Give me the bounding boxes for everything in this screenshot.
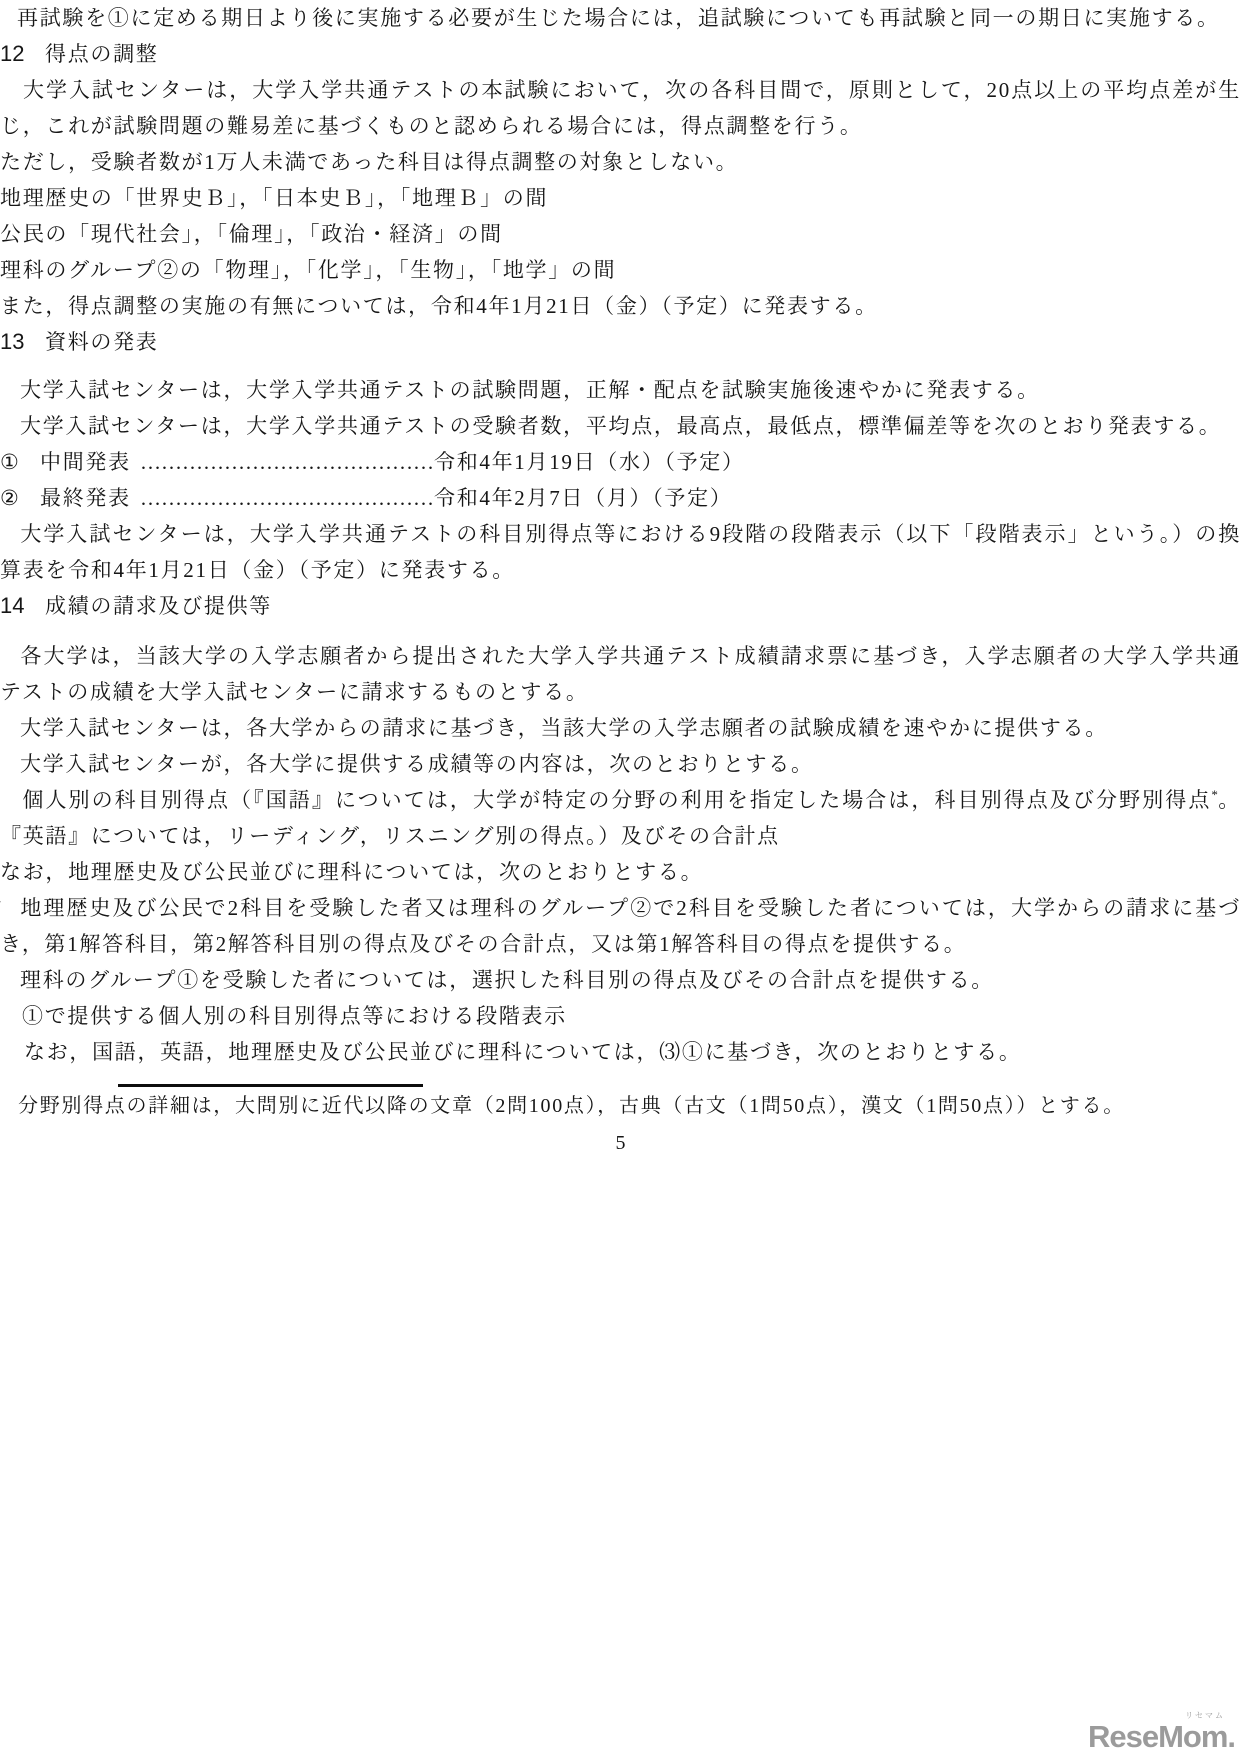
list-item-marker: ⑶ [0,746,20,782]
list-item: ⑵公民の「現代社会」，「倫理」，「政治・経済」の間 [0,216,1241,252]
list-item-text: 大学入試センターが，各大学に提供する成績等の内容は，次のとおりとする。 [20,752,814,776]
detail-item-marker: ア [0,890,20,926]
schedule-marker: ② [0,480,40,516]
detail-item-marker: イ [0,962,20,998]
detail-item: イ理科のグループ①を受験した者については，選択した科目別の得点及びその合計点を提… [0,962,1241,998]
sub-item: ①個人別の科目別得点（『国語』については，大学が特定の分野の利用を指定した場合は… [0,782,1241,854]
page-number: 5 [0,1125,1241,1161]
list-item-text: 大学入試センターは，大学入学共通テストの試験問題，正解・配点を試験実施後速やかに… [20,378,1040,402]
schedule-label: 最終発表 [40,480,140,516]
list-item: ⑶大学入試センターは，大学入学共通テストの科目別得点等における9段階の段階表示（… [0,516,1241,588]
detail-item-text: 理科のグループ①を受験した者については，選択した科目別の得点及びその合計点を提供… [20,968,994,992]
footnote: *分野別得点の詳細は，大問別に近代以降の文章（2問100点），古典（古文（1問5… [0,1087,1241,1125]
schedule-date: 令和4年1月19日（水）（予定） [434,450,745,474]
list-item-marker: ⑶ [0,516,20,552]
list-item-marker: ⑴ [0,372,20,408]
list-item-marker: ⑴ [0,638,20,674]
schedule-line: ①中間発表……………………………………令和4年1月19日（水）（予定） [0,444,1241,480]
sub-item-note: なお，国語，英語，地理歴史及び公民並びに理科については，⑶①に基づき，次のとおり… [0,1034,1241,1070]
list-item-text: 理科のグループ②の「物理」，「化学」，「生物」，「地学」の間 [0,258,616,282]
dotted-leader: …………………………………… [140,486,434,510]
footnote-text: 分野別得点の詳細は，大問別に近代以降の文章（2問100点），古典（古文（1問50… [18,1095,1125,1117]
section-14-title: 成績の請求及び提供等 [45,594,272,618]
list-item: ⑴地理歴史の「世界史Ｂ」，「日本史Ｂ」，「地理Ｂ」の間 [0,180,1241,216]
list-item: ⑵大学入試センターは，各大学からの請求に基づき，当該大学の入学志願者の試験成績を… [0,710,1241,746]
sub-item-marker: ① [0,782,22,818]
dotted-leader: …………………………………… [140,450,434,474]
section-12-note: ただし，受験者数が1万人未満であった科目は得点調整の対象としない。 [0,144,1241,180]
list-item-text: 公民の「現代社会」，「倫理」，「政治・経済」の間 [0,222,503,246]
list-item: ⑵大学入試センターは，大学入学共通テストの受験者数，平均点，最高点，最低点，標準… [0,408,1241,444]
section-12-title: 得点の調整 [45,42,159,66]
list-item-text: 大学入試センターは，大学入学共通テストの科目別得点等における9段階の段階表示（以… [0,522,1241,582]
section-12-closing: また，得点調整の実施の有無については，令和4年1月21日（金）（予定）に発表する… [0,288,1241,324]
sub-item-note: なお，地理歴史及び公民並びに理科については，次のとおりとする。 [0,854,1241,890]
carryover-item-text: 再試験を①に定める期日より後に実施する必要が生じた場合には，追試験についても再試… [17,6,1220,30]
sub-item-marker: ② [0,998,22,1034]
list-item: ⑴各大学は，当該大学の入学志願者から提出された大学入学共通テスト成績請求票に基づ… [0,638,1241,710]
section-13-number: 13 [0,324,45,360]
section-12-heading: 12得点の調整 [0,36,1241,72]
list-item-marker: ⑵ [0,710,20,746]
list-item-text: 地理歴史の「世界史Ｂ」，「日本史Ｂ」，「地理Ｂ」の間 [0,186,548,210]
section-14-heading: 14成績の請求及び提供等 [0,588,1241,624]
section-13-heading: 13資料の発表 [0,324,1241,360]
section-13-title: 資料の発表 [45,330,159,354]
section-12-paragraph: 大学入試センターは，大学入学共通テストの本試験において，次の各科目間で，原則とし… [0,72,1241,144]
carryover-item-marker: ② [0,0,17,36]
resemom-watermark: リセマム ReseMom. [1088,1712,1235,1752]
list-item: ⑶大学入試センターが，各大学に提供する成績等の内容は，次のとおりとする。 [0,746,1241,782]
watermark-logo-text: ReseMom. [1088,1721,1235,1752]
footnote-marker: * [0,1087,18,1125]
document-page: ②再試験を①に定める期日より後に実施する必要が生じた場合には，追試験についても再… [0,0,1241,1754]
list-item-marker: ⑵ [0,408,20,444]
list-item: ⑴大学入試センターは，大学入学共通テストの試験問題，正解・配点を試験実施後速やか… [0,372,1241,408]
sub-item: ②①で提供する個人別の科目別得点等における段階表示 [0,998,1241,1034]
section-14-number: 14 [0,588,45,624]
list-item: ⑶理科のグループ②の「物理」，「化学」，「生物」，「地学」の間 [0,252,1241,288]
detail-item-text: 地理歴史及び公民で2科目を受験した者又は理科のグループ②で2科目を受験した者につ… [0,896,1241,956]
list-item-text: 大学入試センターは，大学入学共通テストの受験者数，平均点，最高点，最低点，標準偏… [20,414,1221,438]
section-12-number: 12 [0,36,45,72]
list-item-text: 大学入試センターは，各大学からの請求に基づき，当該大学の入学志願者の試験成績を速… [20,716,1108,740]
schedule-line: ②最終発表……………………………………令和4年2月7日（月）（予定） [0,480,1241,516]
list-item-text: 各大学は，当該大学の入学志願者から提出された大学入学共通テスト成績請求票に基づき… [0,644,1241,704]
schedule-date: 令和4年2月7日（月）（予定） [434,486,733,510]
schedule-label: 中間発表 [40,444,140,480]
detail-item: ア地理歴史及び公民で2科目を受験した者又は理科のグループ②で2科目を受験した者に… [0,890,1241,962]
schedule-marker: ① [0,444,40,480]
sub-item-text: ①で提供する個人別の科目別得点等における段階表示 [22,1004,567,1028]
carryover-item: ②再試験を①に定める期日より後に実施する必要が生じた場合には，追試験についても再… [0,0,1241,36]
sub-item-text: 個人別の科目別得点（『国語』については，大学が特定の分野の利用を指定した場合は，… [22,788,1211,812]
